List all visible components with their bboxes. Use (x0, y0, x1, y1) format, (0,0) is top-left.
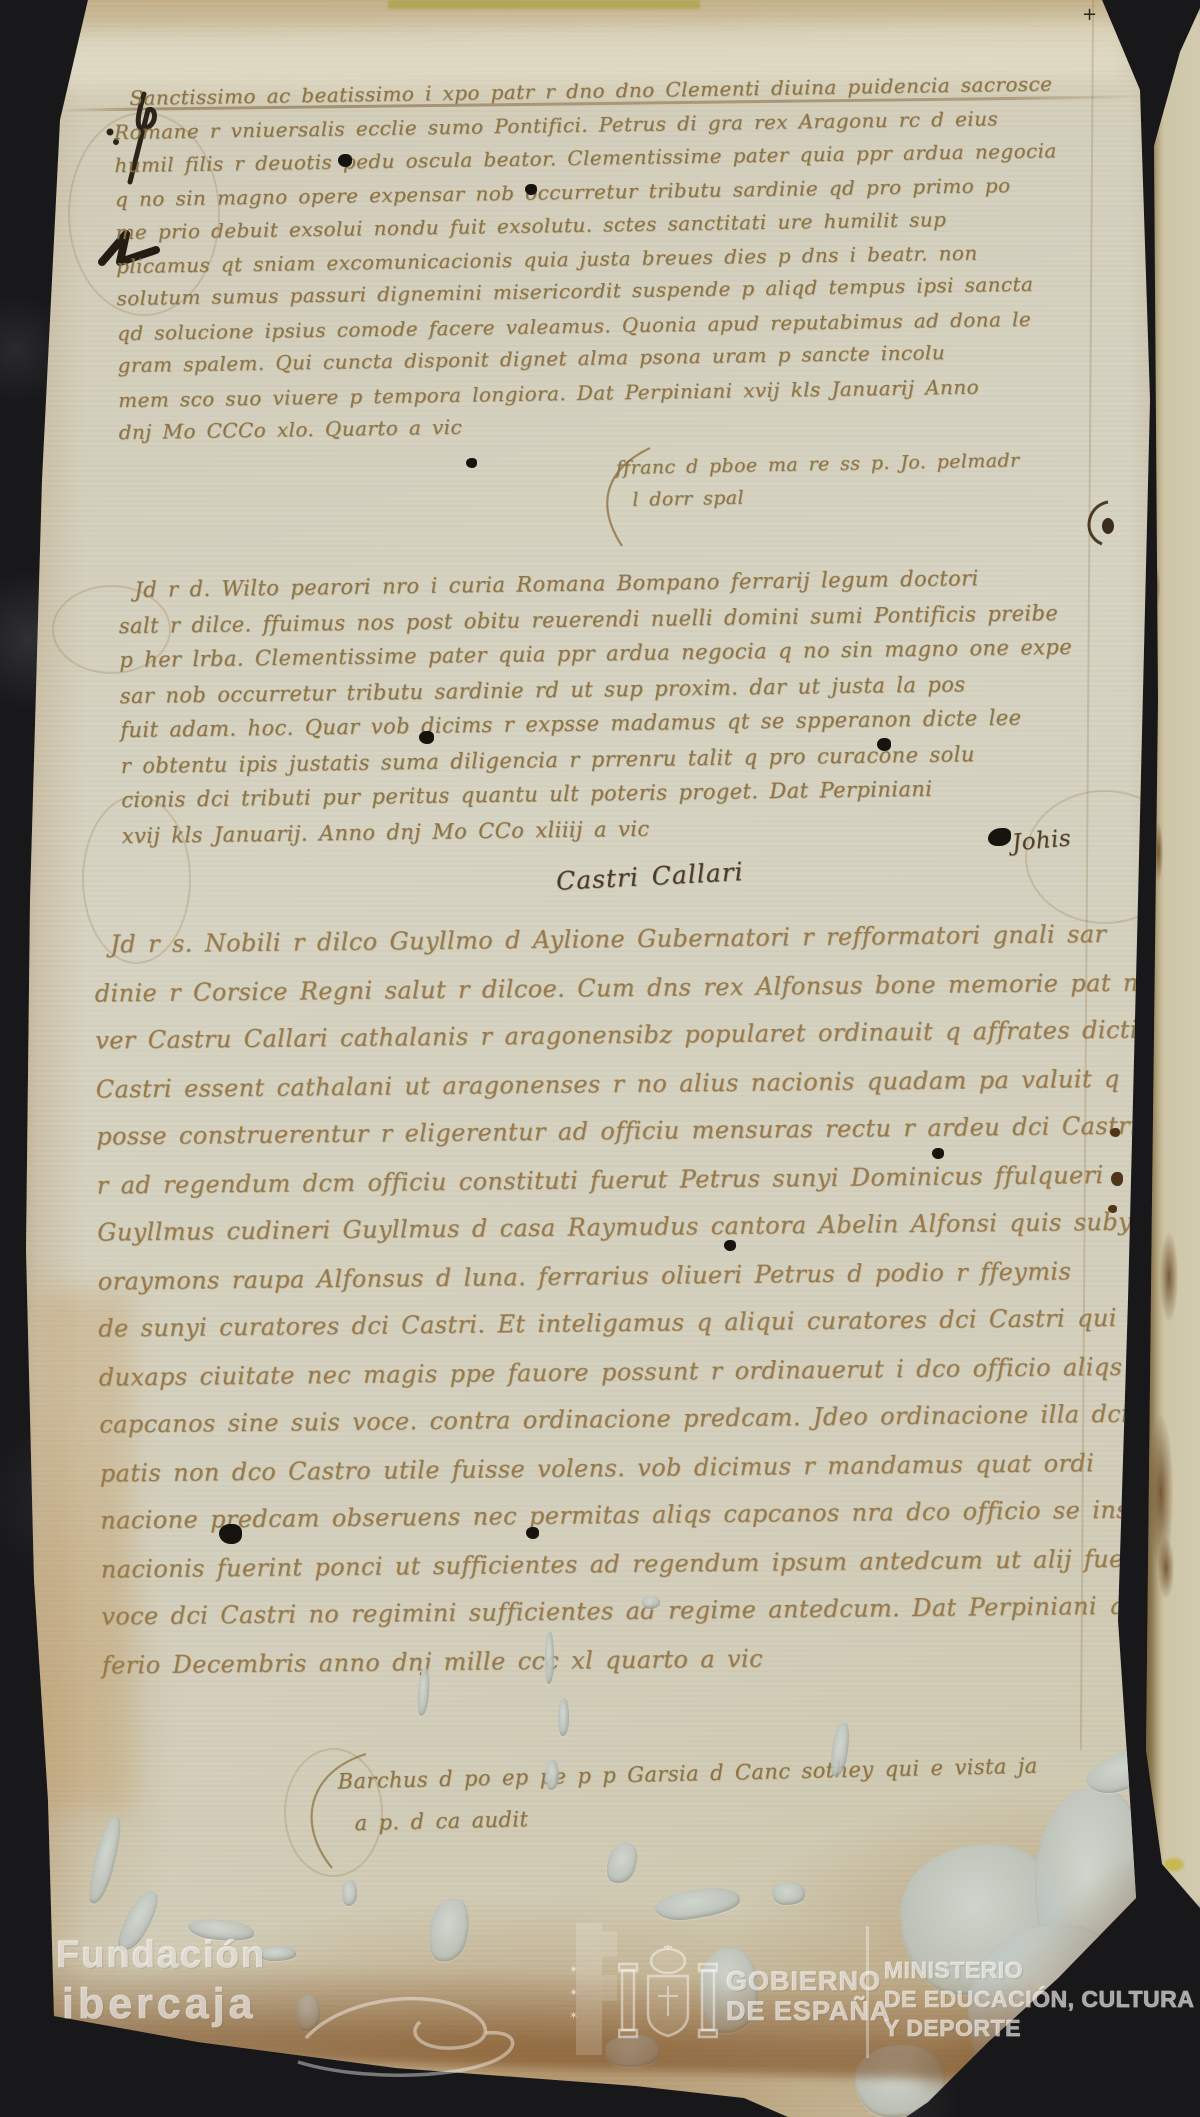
manuscript-line: ferio Decembris anno dnj mille ccc xl qu… (102, 1630, 1164, 1689)
ink-hole (466, 458, 477, 468)
damage-patch (653, 1884, 741, 1924)
cross-mark: + (1082, 4, 1097, 25)
rubric-heading: Castri Callari (555, 857, 744, 896)
ibercaja-swirl-icon (292, 1982, 532, 2082)
ink-blot (988, 828, 1011, 846)
showthrough-ink-mark (1154, 823, 1163, 881)
spain-coat-of-arms-icon (618, 1944, 718, 2048)
fundacion-watermark-text: Fundación (56, 1934, 266, 1977)
star-icon: ✶ (569, 1986, 578, 1999)
damage-patch (772, 1882, 805, 1905)
marginal-ink-mark (1068, 492, 1118, 552)
top-edge-discoloration (388, 0, 700, 9)
watermark-divider-line (866, 1926, 869, 2058)
damage-patch (642, 1596, 660, 1609)
ink-hole (932, 1148, 944, 1159)
ministerio-line: DE EDUCACIÓN, CULTURA (884, 1985, 1194, 2014)
damage-patch (545, 1632, 554, 1684)
worm-hole (1108, 1205, 1117, 1213)
star-icon: ✶ (569, 1963, 578, 1976)
letter-to-procurators-block: Jd r d. Wilto pearori nro i curia Romana… (118, 559, 1147, 853)
ink-hole (877, 738, 891, 751)
ink-hole (525, 184, 537, 195)
damage-patch (425, 1895, 474, 1965)
edge-discoloration (1164, 1858, 1184, 1871)
ink-hole (526, 1527, 539, 1539)
pillar-nub (602, 1931, 617, 1957)
pillar-nub (602, 1975, 617, 2001)
letter-to-governor-block: Jd r s. Nobili r dilco Guyllmo d Aylione… (94, 909, 1164, 1688)
damage-patch (558, 1698, 569, 1736)
watermark-pillar-icon: ✶ ✶ ✶ (576, 1923, 602, 2055)
letter-to-pope-block: Sanctissimo ac beatissimo i xpo patr r d… (113, 66, 1154, 450)
ink-hole (419, 731, 434, 744)
ministerio-line: MINISTERIO (884, 1956, 1194, 1985)
showthrough-ink-mark (1152, 568, 1160, 608)
ink-hole (724, 1240, 736, 1251)
damage-patch (602, 1839, 642, 1888)
manuscript-page: Sanctissimo ac beatissimo i xpo patr r d… (0, 0, 1200, 2117)
worm-hole (1110, 1128, 1120, 1137)
ibercaja-watermark-text: ibercaja (62, 1980, 257, 2029)
star-icon: ✶ (569, 2009, 578, 2022)
damage-patch (545, 1760, 559, 1790)
ink-hole (338, 154, 352, 167)
ink-hole (219, 1524, 242, 1544)
archival-manuscript-photo: Sanctissimo ac beatissimo i xpo patr r d… (0, 0, 1200, 2117)
worm-hole (1111, 1172, 1123, 1186)
adjacent-folio-edge (1146, 8, 1200, 1908)
registrar-mark: Johis (1011, 825, 1072, 856)
damage-patch (342, 1880, 357, 1906)
damage-patch (84, 1814, 125, 1906)
showthrough-ink-mark (1158, 1538, 1174, 1598)
showthrough-ink-mark (1160, 1233, 1178, 1321)
chancery-subscription-block: ffranc d pboe ma re ss p. Jo. pelmadr l … (615, 443, 1146, 515)
ministerio-line: Y DEPORTE (884, 2014, 1194, 2043)
ministerio-watermark-text: MINISTERIO DE EDUCACIÓN, CULTURA Y DEPOR… (884, 1956, 1194, 2043)
